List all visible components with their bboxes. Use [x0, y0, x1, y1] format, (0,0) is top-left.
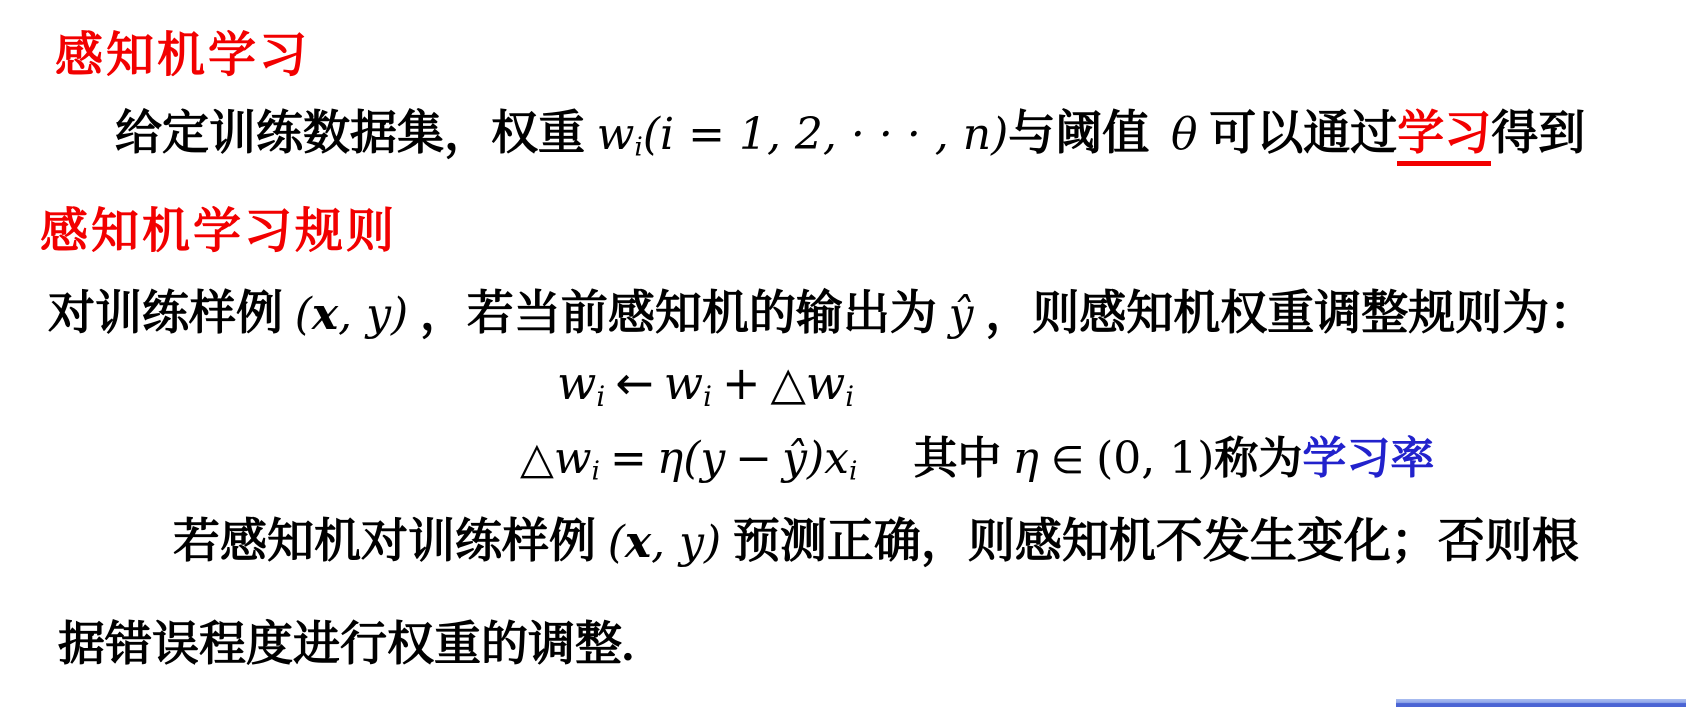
- heading-perceptron-learning-rule: 感知机学习规则: [40, 192, 397, 261]
- math-paren-open: (: [683, 433, 700, 484]
- plus-symbol: +: [712, 356, 771, 410]
- math-paren-open: (: [295, 289, 312, 340]
- math-x-bold: x: [625, 517, 651, 568]
- math-w: w: [597, 109, 635, 160]
- math-x: x: [824, 433, 849, 484]
- para3-text-2: 预测正确，则感知机不发生变化；否则根: [721, 516, 1579, 568]
- math-weight-sequence: wi(i = 1, 2, · · · , n): [597, 109, 1009, 160]
- math-eta: η: [657, 433, 683, 484]
- equals-symbol: =: [600, 433, 657, 484]
- math-pair-rest: , y): [651, 517, 721, 568]
- math-x-bold: x: [312, 289, 338, 340]
- para3-text-1: 若感知机对训练样例: [173, 516, 608, 568]
- formula-delta-weight: △wi=η(y−ŷ)xi其中 η ∈ (0, 1)称为学习率: [520, 422, 1434, 486]
- para2-text-1: 对训练样例: [48, 288, 295, 340]
- math-y-hat: ŷ: [949, 289, 974, 340]
- math-y-hat: ŷ: [782, 433, 807, 484]
- para-adjustment-rule-intro: 对训练样例 (x, y) ，若当前感知机的输出为 ŷ ，则感知机权重调整规则为：: [48, 276, 1596, 343]
- minus-symbol: −: [725, 433, 782, 484]
- math-index-range: (i = 1, 2, · · · , n): [643, 109, 1008, 160]
- element-of-symbol: ∈: [1039, 438, 1096, 482]
- para2-text-3: ，则感知机权重调整规则为：: [974, 288, 1597, 340]
- triangle-symbol: △: [520, 433, 554, 484]
- para2-text-2: ，若当前感知机的输出为: [408, 288, 949, 340]
- f1-w2: w: [664, 356, 703, 410]
- where-text: 其中: [913, 434, 1012, 483]
- f2-w: w: [554, 433, 592, 484]
- math-sample-pair: (x, y): [295, 289, 408, 340]
- math-pair-rest: , y): [338, 289, 408, 340]
- para1-text-1: 给定训练数据集，权重: [115, 108, 597, 160]
- math-w-subscript: i: [634, 132, 642, 163]
- math-eta: η: [1012, 433, 1038, 484]
- math-sample-pair: (x, y): [608, 517, 721, 568]
- left-arrow-symbol: ←: [605, 356, 664, 410]
- para-prediction-result: 若感知机对训练样例 (x, y) 预测正确，则感知机不发生变化；否则根 据错误程…: [58, 496, 1579, 702]
- bottom-accent-bar: [1396, 699, 1686, 707]
- f1-sub2: i: [703, 380, 712, 413]
- para-training-data: 给定训练数据集，权重 wi(i = 1, 2, · · · , n)与阈值 θ …: [115, 96, 1585, 163]
- f1-sub1: i: [596, 380, 605, 413]
- learning-highlight: 学习: [1397, 108, 1491, 166]
- para3-text-3: 据错误程度进行权重的调整.: [58, 619, 634, 671]
- f1-w3: w: [806, 356, 845, 410]
- heading-perceptron-learning: 感知机学习: [55, 16, 310, 85]
- f2-sub1: i: [592, 456, 600, 487]
- lecture-slide: 感知机学习 给定训练数据集，权重 wi(i = 1, 2, · · · , n)…: [0, 0, 1686, 708]
- triangle-symbol: △: [771, 356, 806, 410]
- formula-weight-update: wi←wi+△wi: [557, 356, 854, 410]
- para1-text-3: 可以通过: [1198, 108, 1398, 160]
- para1-text-2: 与阈值: [1008, 108, 1161, 160]
- math-theta: θ: [1161, 109, 1198, 160]
- math-paren-close: ): [807, 433, 824, 484]
- math-paren-open: (: [608, 517, 625, 568]
- interval-0-1: (0, 1): [1096, 433, 1214, 484]
- eta-range: η ∈ (0, 1): [1012, 433, 1214, 484]
- f2-sub2: i: [849, 456, 857, 487]
- f1-sub3: i: [845, 380, 854, 413]
- f1-w1: w: [557, 356, 596, 410]
- math-y: y: [700, 433, 725, 484]
- para1-text-4: 得到: [1491, 108, 1585, 160]
- learning-rate-term: 学习率: [1302, 434, 1434, 483]
- called-text: 称为: [1214, 434, 1302, 483]
- delta-expression: △wi=η(y−ŷ)xi: [520, 433, 857, 484]
